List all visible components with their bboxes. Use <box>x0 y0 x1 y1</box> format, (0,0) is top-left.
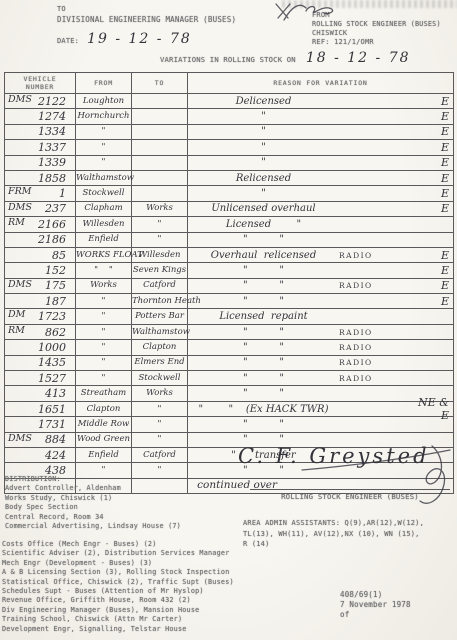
from-cell: Streatham <box>76 386 132 401</box>
from-cell: Enfield <box>76 447 132 462</box>
vehicle-number: 1435 <box>5 356 75 369</box>
distribution-entry: Works Study, Chiswick (1) <box>5 494 181 503</box>
from-cell: Enfield <box>76 232 132 247</box>
reason-cell: " " <box>188 232 454 247</box>
vehicle-cell: 1858 <box>5 170 76 185</box>
distribution-entry: Div Engineering Manager (Buses), Mansion… <box>2 606 234 615</box>
radio-note: RADIO <box>339 328 415 337</box>
from-cell: Stockwell <box>76 186 132 201</box>
radio-note: RADIO <box>339 343 415 352</box>
reason-text: " <box>188 110 339 123</box>
rolling-stock-table: VEHICLE NUMBER FROM TO REASON FOR VARIAT… <box>4 72 454 494</box>
vehicle-cell: DMS884 <box>5 432 76 447</box>
table-row: 2186Enfield"" " <box>5 232 454 247</box>
vehicle-prefix: DMS <box>8 94 32 105</box>
radio-note: RADIO <box>339 251 415 260</box>
to-cell: " <box>132 217 188 232</box>
vehicle-number: 2186 <box>5 233 75 246</box>
from-cell: Clapton <box>76 401 132 416</box>
to-cell: Works <box>132 201 188 216</box>
to-cell <box>132 140 188 155</box>
distribution-entry: Scientific Adviser (2), Distribution Ser… <box>2 549 234 558</box>
distribution-list-2: Costs Office (Mech Engr - Buses) (2)Scie… <box>2 540 234 634</box>
footer-date: 7 November 1978 <box>340 600 411 610</box>
reason-text: " " <box>188 233 339 246</box>
reason-text: " " <box>188 295 339 308</box>
table-row: 1337""E <box>5 140 454 155</box>
table-row: RM2166Willesden"Licensed " <box>5 217 454 232</box>
table-row: DMS175WorksCatford" "RADIOE <box>5 278 454 293</box>
reason-cell: Unlicensed overhaulE <box>188 201 454 216</box>
vehicle-prefix: DMS <box>8 279 32 290</box>
distribution-entry: Costs Office (Mech Engr - Buses) (2) <box>2 540 234 549</box>
vehicle-cell: DMS2122 <box>5 94 76 109</box>
vehicle-cell: 1731 <box>5 417 76 432</box>
to-cell: " <box>132 401 188 416</box>
date-handwritten: 19 - 12 - 78 <box>87 31 192 47</box>
to-cell: Walthamstow <box>132 324 188 339</box>
reason-cell: Overhaul relicensedRADIOE <box>188 247 454 262</box>
reason-cell: " "RADIO <box>188 324 454 339</box>
vehicle-cell: 1527 <box>5 371 76 386</box>
table-row: 1274Hornchurch"E <box>5 109 454 124</box>
vehicle-prefix: DM <box>8 309 25 320</box>
to-cell: Stockwell <box>132 371 188 386</box>
flag-note: E <box>415 202 453 215</box>
reason-text: Licensed " <box>188 218 339 231</box>
to-cell: Potters Bar <box>132 309 188 324</box>
from-cell: " <box>76 340 132 355</box>
reference-number: REF: 121/1/OMR <box>312 38 374 46</box>
table-row: 1858WalthamstowRelicensedE <box>5 170 454 185</box>
vehicle-cell: DMS237 <box>5 201 76 216</box>
reason-cell: "E <box>188 124 454 139</box>
distribution-entry: Statistical Office, Chiswick (2), Traffi… <box>2 578 234 587</box>
reason-text: " " <box>188 387 339 400</box>
col-header-vehicle: VEHICLE NUMBER <box>5 73 76 94</box>
reason-text: " <box>188 125 339 138</box>
vehicle-cell: 1435 <box>5 355 76 370</box>
table-row: 1000"Clapton" "RADIO <box>5 340 454 355</box>
from-cell: WORKS FLOAT <box>76 247 132 262</box>
reason-text: Delicensed <box>188 95 339 108</box>
reason-cell: " " <box>188 386 454 401</box>
reason-cell: RelicensedE <box>188 170 454 185</box>
table-row: 1651Clapton"" " (Ex HACK TWR)NE & E <box>5 401 454 416</box>
from-cell: " <box>76 371 132 386</box>
reason-text: " " <box>188 372 339 385</box>
reason-text: Overhaul relicensed <box>188 249 339 262</box>
vehicle-number: 1000 <box>5 341 75 354</box>
to-cell <box>132 155 188 170</box>
reason-cell: " "E <box>188 294 454 309</box>
vehicle-prefix: FRM <box>8 186 31 197</box>
area-admin-line: AREA ADMIN ASSISTANTS: Q(9),AR(12),W(12)… <box>243 518 453 529</box>
table-row: FRM1Stockwell"E <box>5 186 454 201</box>
radio-note: RADIO <box>339 281 415 290</box>
vehicle-cell: 187 <box>5 294 76 309</box>
to-cell: Thornton Heath <box>132 294 188 309</box>
reason-text: " " <box>188 341 339 354</box>
distribution-entry: Development Engr, Signalling, Telstar Ho… <box>2 625 234 634</box>
vehicle-number: 187 <box>5 295 75 308</box>
flag-note: E <box>415 95 453 108</box>
reason-cell: " "RADIO <box>188 371 454 386</box>
reason-text: " " <box>188 264 339 277</box>
table-row: DMS2122LoughtonDelicensedE <box>5 94 454 109</box>
vehicle-prefix: DMS <box>8 433 32 444</box>
reason-cell: "E <box>188 109 454 124</box>
from-cell: Willesden <box>76 217 132 232</box>
scanned-memo-page: TO DIVISIONAL ENGINEERING MANAGER (BUSES… <box>0 0 457 640</box>
from-cell: Walthamstow <box>76 170 132 185</box>
vehicle-number: 1731 <box>5 418 75 431</box>
vehicle-number: 85 <box>5 249 75 262</box>
to-cell: Works <box>132 386 188 401</box>
from-cell: Clapham <box>76 201 132 216</box>
to-cell <box>132 186 188 201</box>
table-row: DM1723"Potters BarLicensed repaint <box>5 309 454 324</box>
title-text: VARIATIONS IN ROLLING STOCK ON <box>160 55 296 64</box>
vehicle-cell: 1651 <box>5 401 76 416</box>
to-cell: Elmers End <box>132 355 188 370</box>
vehicle-cell: 1337 <box>5 140 76 155</box>
from-cell: Wood Green <box>76 432 132 447</box>
distribution-entry: Revenue Office, Griffith House, Room 432… <box>2 596 234 605</box>
vehicle-number: 1527 <box>5 372 75 385</box>
stock-table-body: DMS2122LoughtonDelicensedE1274Hornchurch… <box>5 94 454 494</box>
reason-text: " <box>188 156 339 169</box>
vehicle-cell: 152 <box>5 263 76 278</box>
reason-text: " " <box>188 279 339 292</box>
reason-text: " " <box>188 418 339 431</box>
col-header-to: TO <box>132 73 188 94</box>
footer-block: 408/69(1) 7 November 1978 of <box>340 590 411 619</box>
distribution-entry: Advert Controller, Aldenham <box>5 484 181 493</box>
vehicle-cell: 1339 <box>5 155 76 170</box>
reason-cell: " " (Ex HACK TWR)NE & E <box>188 401 454 416</box>
radio-note: RADIO <box>339 374 415 383</box>
flag-note: E <box>415 110 453 123</box>
from-cell: Works <box>76 278 132 293</box>
to-recipient: DIVISIONAL ENGINEERING MANAGER (BUSES) <box>57 15 236 24</box>
vehicle-cell: RM2166 <box>5 217 76 232</box>
reason-text: " <box>188 141 339 154</box>
vehicle-cell: DMS175 <box>5 278 76 293</box>
reason-cell: "E <box>188 155 454 170</box>
vehicle-number: 1337 <box>5 141 75 154</box>
table-row: 187"Thornton Heath" "E <box>5 294 454 309</box>
reason-text: " " <box>188 356 339 369</box>
table-row: 1731Middle Row"" " <box>5 417 454 432</box>
col-header-from: FROM <box>76 73 132 94</box>
to-cell: " <box>132 432 188 447</box>
reason-cell: "E <box>188 186 454 201</box>
reason-cell: " "RADIO <box>188 355 454 370</box>
title-date-handwritten: 18 - 12 - 78 <box>306 50 411 66</box>
table-row: 413StreathamWorks" " <box>5 386 454 401</box>
to-label: TO <box>57 5 66 13</box>
flag-note: E <box>415 279 453 292</box>
vehicle-cell: 1334 <box>5 124 76 139</box>
signature-title: ROLLING STOCK ENGINEER (BUSES) <box>250 489 450 501</box>
table-row: 85WORKS FLOATWillesdenOverhaul relicense… <box>5 247 454 262</box>
vehicle-cell: 424 <box>5 447 76 462</box>
flag-note: E <box>415 172 453 185</box>
to-cell <box>132 170 188 185</box>
reason-text: " " <box>188 326 339 339</box>
reason-text: Relicensed <box>188 172 339 185</box>
reason-text: " <box>188 187 339 200</box>
reason-cell: " "E <box>188 263 454 278</box>
flag-note: E <box>415 156 453 169</box>
vehicle-number: 1339 <box>5 156 75 169</box>
to-cell <box>132 94 188 109</box>
page-title: VARIATIONS IN ROLLING STOCK ON 18 - 12 -… <box>160 50 411 66</box>
to-cell <box>132 109 188 124</box>
flag-note: E <box>415 264 453 277</box>
date-line: DATE: 19 - 12 - 78 <box>57 31 192 47</box>
to-cell: Clapton <box>132 340 188 355</box>
from-cell: Loughton <box>76 94 132 109</box>
distribution-entry: Mech Engr (Development - Buses) (3) <box>2 559 234 568</box>
radio-note: RADIO <box>339 358 415 367</box>
footer-ref: 408/69(1) <box>340 590 411 600</box>
vehicle-number: 152 <box>5 264 75 277</box>
reason-text: Unlicensed overhaul <box>188 202 339 215</box>
to-cell: Seven Kings <box>132 263 188 278</box>
area-admin-line: R (14) <box>243 539 453 550</box>
vehicle-number: 1651 <box>5 403 75 416</box>
flag-note: E <box>415 187 453 200</box>
to-cell: " <box>132 232 188 247</box>
area-admin-line: TL(13), WH(11), AV(12),NX (10), WN (15), <box>243 529 453 540</box>
vehicle-cell: 1000 <box>5 340 76 355</box>
to-cell: " <box>132 417 188 432</box>
table-header-row: VEHICLE NUMBER FROM TO REASON FOR VARIAT… <box>5 73 454 94</box>
vehicle-prefix: RM <box>8 325 25 336</box>
distribution-entry: Training School, Chiswick (Attn Mr Carte… <box>2 615 234 624</box>
vehicle-prefix: RM <box>8 217 25 228</box>
table-row: 1435"Elmers End" "RADIO <box>5 355 454 370</box>
flag-note: E <box>415 295 453 308</box>
from-cell: Middle Row <box>76 417 132 432</box>
from-cell: Hornchurch <box>76 109 132 124</box>
vehicle-number: 1334 <box>5 125 75 138</box>
from-cell: " <box>76 309 132 324</box>
vehicle-cell: 1274 <box>5 109 76 124</box>
reason-cell: Licensed " <box>188 217 454 232</box>
reason-cell: "E <box>188 140 454 155</box>
reason-cell: " "RADIOE <box>188 278 454 293</box>
from-location: CHISWICK <box>312 29 347 37</box>
distribution-entry: Central Record, Room 34 <box>5 513 181 522</box>
from-cell: " <box>76 355 132 370</box>
flag-note: NE & E <box>415 396 453 422</box>
reason-cell: " "RADIO <box>188 340 454 355</box>
from-cell: " <box>76 294 132 309</box>
flag-note: E <box>415 249 453 262</box>
from-cell: " <box>76 140 132 155</box>
to-cell <box>132 124 188 139</box>
reason-cell: " " <box>188 417 454 432</box>
from-cell: " <box>76 124 132 139</box>
distribution-entry: A & B Licensing Section (3), Rolling Sto… <box>2 568 234 577</box>
to-cell: Catford <box>132 278 188 293</box>
table-row: 1334""E <box>5 124 454 139</box>
vehicle-cell: 2186 <box>5 232 76 247</box>
vehicle-number: 1274 <box>5 110 75 123</box>
table-row: 1339""E <box>5 155 454 170</box>
reason-cell: Licensed repaint <box>188 309 454 324</box>
reason-text: Licensed repaint <box>188 310 339 323</box>
area-admin-assistants: AREA ADMIN ASSISTANTS: Q(9),AR(12),W(12)… <box>243 518 453 550</box>
table-row: 152" "Seven Kings" "E <box>5 263 454 278</box>
table-row: 1527"Stockwell" "RADIO <box>5 371 454 386</box>
table-row: RM862"Walthamstow" "RADIO <box>5 324 454 339</box>
signature-handwritten: C. F. Greysted <box>238 444 430 468</box>
reason-cell: DelicensedE <box>188 94 454 109</box>
footer-of: of <box>340 610 411 620</box>
from-cell: " <box>76 155 132 170</box>
to-cell: Willesden <box>132 247 188 262</box>
distribution-entry: Body Spec Section <box>5 503 181 512</box>
vehicle-cell: FRM1 <box>5 186 76 201</box>
col-header-reason: REASON FOR VARIATION <box>188 73 454 94</box>
vehicle-prefix: DMS <box>8 202 32 213</box>
distribution-list: DISTRIBUTION: Advert Controller, Aldenha… <box>5 475 181 531</box>
vehicle-cell: DM1723 <box>5 309 76 324</box>
flag-note: E <box>415 125 453 138</box>
reason-text: " " (Ex HACK TWR) <box>188 403 339 416</box>
vehicle-number: 413 <box>5 387 75 400</box>
vehicle-cell: 85 <box>5 247 76 262</box>
to-cell: Catford <box>132 447 188 462</box>
from-cell: " " <box>76 263 132 278</box>
vehicle-cell: 413 <box>5 386 76 401</box>
date-label: DATE: <box>57 37 79 45</box>
distribution-group1: Advert Controller, AldenhamWorks Study, … <box>5 484 181 531</box>
vehicle-cell: RM862 <box>5 324 76 339</box>
vehicle-number: 424 <box>5 449 75 462</box>
flag-note: E <box>415 141 453 154</box>
distribution-heading: DISTRIBUTION: <box>5 475 181 484</box>
cutoff-text-smudge <box>282 0 457 8</box>
from-sender: ROLLING STOCK ENGINEER (BUSES) <box>312 20 441 28</box>
vehicle-number: 1858 <box>5 172 75 185</box>
table-row: DMS237ClaphamWorksUnlicensed overhaulE <box>5 201 454 216</box>
distribution-entry: Commercial Advertising, Lindsay House (7… <box>5 522 181 531</box>
from-label: FROM <box>312 11 330 19</box>
from-cell: " <box>76 324 132 339</box>
